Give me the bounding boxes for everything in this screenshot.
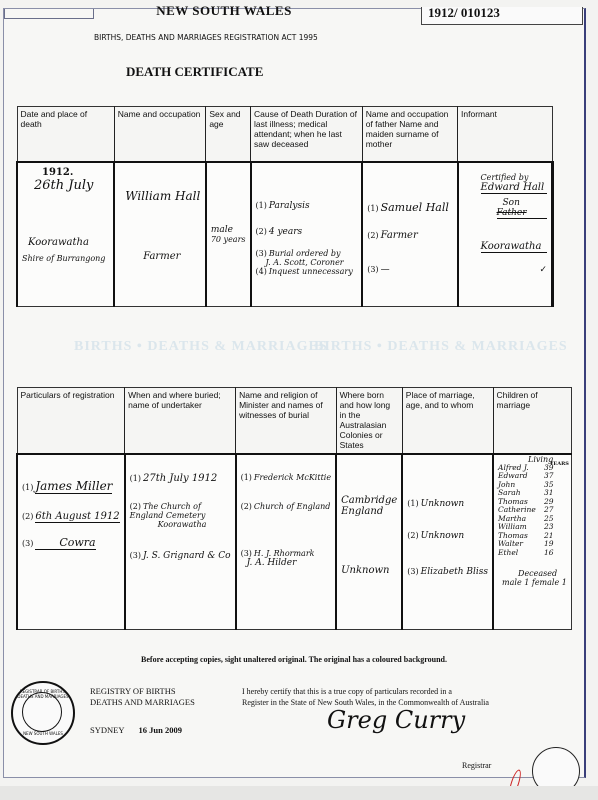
watermark: BIRTHS • DEATHS & MARRIAGES <box>314 339 568 355</box>
child-name: Ethel <box>498 549 544 558</box>
issue-location-date: SYDNEY16 Jun 2009 <box>90 725 182 735</box>
registry-name: REGISTRY OF BIRTHS DEATHS AND MARRIAGES <box>90 686 195 708</box>
certificate-page: NEW SOUTH WALES 1912/ 010123 BIRTHS, DEA… <box>3 8 586 778</box>
certification-statement: I hereby certify that this is a true cop… <box>242 686 489 708</box>
header-birthplace: Where born and how long in the Australas… <box>336 388 402 454</box>
header-name-occupation: Name and occupation <box>114 107 206 162</box>
header-minister: Name and religion of Minister and names … <box>236 388 337 454</box>
watermark: BIRTHS • DEATHS & MARRIAGES <box>74 339 328 355</box>
cell-children: Living YEARS Alfred J.39Edward37John35Sa… <box>493 454 571 630</box>
cell-birthplace: Cambridge England Unknown <box>336 454 402 630</box>
header-informant: Informant <box>458 107 553 162</box>
cell-name-occupation: William Hall Farmer <box>114 162 206 307</box>
header-registration: Particulars of registration <box>17 388 125 454</box>
authenticity-notice: Before accepting copies, sight unaltered… <box>4 655 584 664</box>
child-entry: Ethel16 <box>498 549 567 558</box>
scan-edge <box>0 786 598 800</box>
header-date-place: Date and place of death <box>17 107 114 162</box>
children-list: Alfred J.39Edward37John35Sarah31Thomas29… <box>498 464 567 558</box>
cell-minister: (1)Frederick McKittie (2)Church of Engla… <box>236 454 337 630</box>
child-age: 16 <box>544 549 564 558</box>
cell-sex-age: male 70 years <box>206 162 251 307</box>
cell-informant: Certified by Edward Hall Son Father Koor… <box>458 162 553 307</box>
act-title: BIRTHS, DEATHS AND MARRIAGES REGISTRATIO… <box>94 33 318 42</box>
header-cause: Cause of Death Duration of last illness;… <box>251 107 363 162</box>
registrar-signature: Greg Curry <box>327 706 465 734</box>
death-details-table: Date and place of death Name and occupat… <box>16 106 554 307</box>
header-burial: When and where buried; name of undertake… <box>125 388 236 454</box>
coat-of-arms-icon <box>22 692 62 732</box>
cell-burial: (1)27th July 1912 (2)The Church of Engla… <box>125 454 236 630</box>
header-marriage: Place of marriage, age, and to whom <box>402 388 493 454</box>
registrar-label: Registrar <box>462 761 491 770</box>
header-sex-age: Sex and age <box>206 107 251 162</box>
cell-parents: (1)Samuel Hall (2)Farmer (3)— <box>362 162 457 307</box>
cell-date-place: 1912. 26th July Koorawatha Shire of Burr… <box>17 162 114 307</box>
registration-details-table: Particulars of registration When and whe… <box>16 387 572 630</box>
registration-number: 1912/ 010123 <box>421 7 583 25</box>
cell-marriage: (1)Unknown (2)Unknown (3)Elizabeth Bliss <box>402 454 493 630</box>
header-parents: Name and occupation of father Name and m… <box>362 107 457 162</box>
cell-cause-of-death: (1)Paralysis (2)4 years (3)Burial ordere… <box>251 162 363 307</box>
registrar-seal: REGISTRAR OF BIRTHS, DEATHS AND MARRIAGE… <box>11 681 75 745</box>
cell-registration: (1)James Miller (2)6th August 1912 (3)Co… <box>17 454 125 630</box>
header-children: Children of marriage <box>493 388 571 454</box>
state-title: NEW SOUTH WALES <box>4 3 444 19</box>
certificate-title: DEATH CERTIFICATE <box>126 64 263 80</box>
